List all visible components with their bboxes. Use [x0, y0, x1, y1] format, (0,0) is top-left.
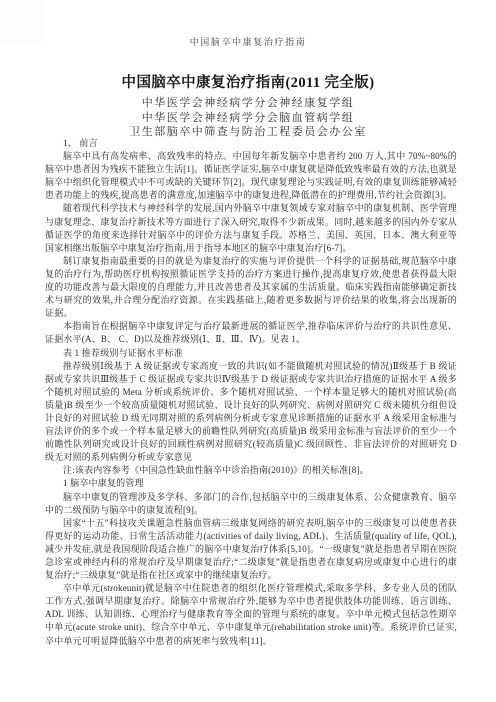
paragraph-incidence: 脑卒中具有高发病率、高致残率的特点。中国每年新发脑卒中患者约 200 万人,其中…	[45, 150, 457, 202]
section-heading-management: 1 脑卒中康复的管理	[45, 477, 457, 490]
document-body: 1、 前言 脑卒中具有高发病率、高致残率的特点。中国每年新发脑卒中患者约 200…	[45, 137, 457, 648]
paragraph-guideline-purpose: 制订康复指南最重要的目的就是为康复治疗的实施与评价提供一个科学的证据基础,规范脑…	[45, 255, 457, 320]
table-1-caption: 表 1 推荐级别与证据水平标准	[45, 347, 457, 360]
affiliation-line-2: 中华医学会神经病学分会脑血管病学组	[0, 111, 496, 126]
document-title: 中国脑卒中康复治疗指南(2011 完全版)	[0, 71, 496, 92]
paragraph-stroke-unit: 卒中单元(strokeunit)就是脑卒中住院患者的组织化医疗管理模式,采取多学…	[45, 582, 457, 647]
section-heading-foreword: 1、 前言	[45, 137, 457, 150]
running-header: 中国脑卒中康复治疗指南	[0, 35, 496, 48]
table-1-note: 注:该表内容参考《中国急性缺血性脑卒中诊治指南(2010)》的相关标准[8]。	[45, 464, 457, 477]
table-1-content: 推荐级别Ⅰ级基于 A 级证据或专家高度一致的共识(如不能做随机对照试验的情况)Ⅱ…	[45, 360, 457, 465]
paragraph-three-level-rehab: 国家“十五”科技攻关课题急性脑血管病三级康复网络的研究表明,脑卒中的三级康复可以…	[45, 517, 457, 582]
paragraph-evidence-levels: 本指南旨在根据脑卒中康复评定与治疗最新进展的循证医学,推荐临床评价与治疗的共识性…	[45, 320, 457, 346]
document-page: 中国脑卒中康复治疗指南 中国脑卒中康复治疗指南(2011 完全版) 中华医学会神…	[0, 0, 496, 702]
paragraph-management-overview: 脑卒中康复的管理涉及多学科、多部门的合作,包括脑卒中的三级康复体系、公众健康教育…	[45, 491, 457, 517]
affiliation-block: 中华医学会神经病学分会神经康复学组 中华医学会神经病学分会脑血管病学组 卫生部脑…	[0, 96, 496, 140]
affiliation-line-1: 中华医学会神经病学分会神经康复学组	[0, 96, 496, 111]
paragraph-research-progress: 随着现代科学技术与神经科学的发展,国内外脑卒中康复领域专家对脑卒中的康复机制、医…	[45, 202, 457, 254]
